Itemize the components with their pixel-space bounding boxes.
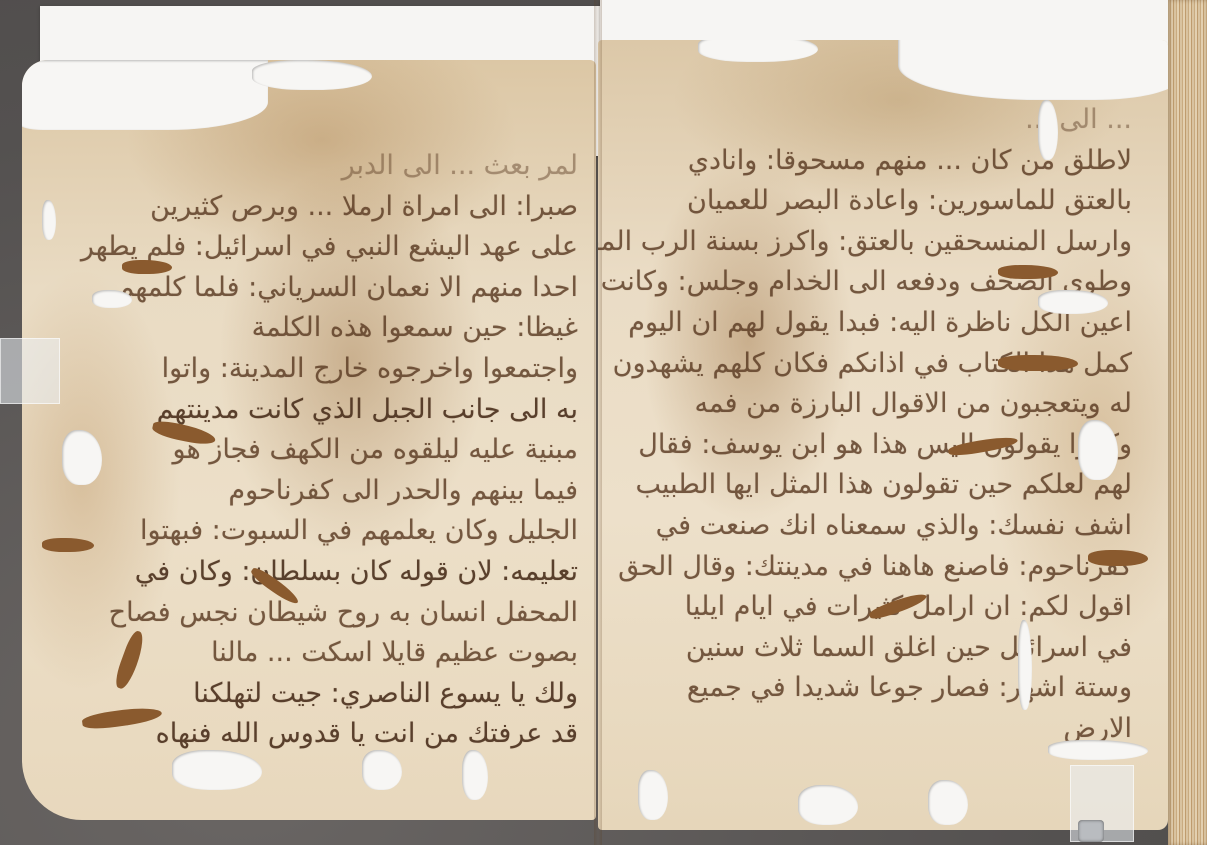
worm-hole — [1038, 290, 1108, 314]
torn-area — [462, 750, 488, 800]
text-line: في اسرائيل حين اغلق السما ثلاث سنين — [598, 628, 1132, 669]
text-line: غيظا: حين سمعوا هذه الكلمة — [58, 308, 578, 349]
worm-hole — [42, 200, 56, 240]
torn-area — [172, 750, 262, 790]
torn-area — [898, 40, 1168, 100]
worm-hole — [998, 265, 1058, 279]
text-line: لمر بعث ... الى الدبر — [58, 146, 578, 187]
text-line: واجتمعوا واخرجوه خارج المدينة: واتوا — [58, 349, 578, 390]
left-page: لمر بعث ... الى الدبر صبرا: الى امراة ار… — [22, 60, 596, 820]
book-gutter — [594, 0, 602, 845]
text-line: احدا منهم الا نعمان السرياني: فلما كلمهم — [58, 268, 578, 309]
text-line: اقول لكم: ان ارامل كثيرات في ايام ايليا — [598, 587, 1132, 628]
right-page: ... الى ... لاطلق من كان ... منهم مسحوقا… — [598, 40, 1168, 830]
worm-hole — [122, 260, 172, 274]
text-line: فيما بينهم والحدر الى كفرناحوم — [58, 471, 578, 512]
text-line: له ويتعجبون من الاقوال البارزة من فمه — [598, 384, 1132, 425]
book-fore-edge — [1168, 0, 1207, 845]
text-line: به الى جانب الجبل الذي كانت مدينتهم — [58, 390, 578, 431]
worm-hole — [92, 290, 132, 308]
torn-area — [252, 60, 372, 90]
text-line: وكانوا يقولون اليس هذا هو ابن يوسف: فقال — [598, 425, 1132, 466]
worm-hole — [998, 355, 1078, 371]
text-line: صبرا: الى امراة ارملا ... وبرص كثيرين — [58, 187, 578, 228]
torn-area — [798, 785, 858, 825]
text-line: بالعتق للماسورين: واعادة البصر للعميان — [598, 181, 1132, 222]
torn-area — [362, 750, 402, 790]
text-line: المحفل انسان به روح شيطان نجس فصاح — [58, 593, 578, 634]
torn-area — [698, 40, 818, 62]
torn-area — [22, 60, 268, 130]
right-page-text: ... الى ... لاطلق من كان ... منهم مسحوقا… — [598, 100, 1132, 750]
text-line: اشف نفسك: والذي سمعناه انك صنعت في — [598, 506, 1132, 547]
metal-clip — [1078, 820, 1104, 842]
text-line: مبنية عليه ليلقوه من الكهف فجاز هو — [58, 430, 578, 471]
text-line: الجليل وكان يعلمهم في السبوت: فبهتوا — [58, 511, 578, 552]
text-line: وارسل المنسحقين بالعتق: واكرز بسنة الرب … — [598, 222, 1132, 263]
tape-strip — [0, 338, 60, 404]
text-line: وستة اشهر: فصار جوعا شديدا في جميع — [598, 668, 1132, 709]
text-line: كفرناحوم: فاصنع هاهنا في مدينتك: وقال ال… — [598, 547, 1132, 588]
torn-area — [638, 770, 668, 820]
worm-hole — [42, 538, 94, 552]
worm-hole — [1088, 550, 1148, 566]
text-line: تعليمه: لان قوله كان بسلطان: وكان في — [58, 552, 578, 593]
text-line: لهم لعلكم حين تقولون هذا المثل ايها الطب… — [598, 465, 1132, 506]
torn-area — [928, 780, 968, 825]
torn-area — [1048, 740, 1148, 760]
manuscript-photo: لمر بعث ... الى الدبر صبرا: الى امراة ار… — [0, 0, 1207, 845]
